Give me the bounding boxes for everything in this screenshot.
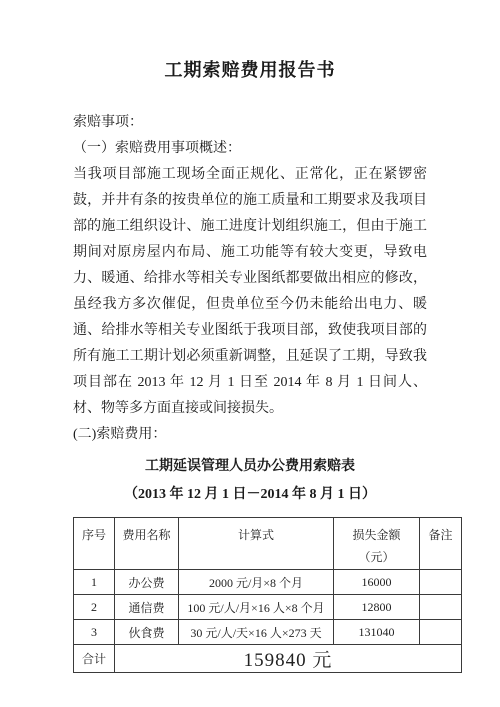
- cell-name: 伙食费: [115, 620, 179, 645]
- table-row: 1 办公费 2000 元/月×8 个月 16000: [74, 570, 462, 595]
- cell-name: 办公费: [115, 570, 179, 595]
- cell-formula: 100 元/人/月×16 人×8 个月: [179, 595, 334, 620]
- cell-note: [420, 570, 462, 595]
- col-header-amount-line2: （元）: [336, 546, 417, 568]
- claims-section-label: 索赔事项：: [73, 110, 427, 136]
- col-header-formula: 计算式: [179, 518, 334, 570]
- col-header-amount: 损失金额 （元）: [334, 518, 420, 570]
- cell-amount: 131040: [334, 620, 420, 645]
- document-page: 工期索赔费用报告书 索赔事项： （一）索赔费用事项概述： 当我项目部施工现场全面…: [0, 0, 500, 707]
- cell-no: 2: [74, 595, 115, 620]
- subsection-2-heading: (二)索赔费用：: [73, 422, 427, 448]
- cell-no: 1: [74, 570, 115, 595]
- claim-cost-table: 序号 费用名称 计算式 损失金额 （元） 备注 1 办公费 2000 元/月×8…: [73, 517, 462, 673]
- cell-note: [420, 595, 462, 620]
- col-header-name: 费用名称: [115, 518, 179, 570]
- cell-amount: 16000: [334, 570, 420, 595]
- page-title: 工期索赔费用报告书: [73, 58, 427, 82]
- cell-formula: 30 元/人/天×16 人×273 天: [179, 620, 334, 645]
- table-row: 2 通信费 100 元/人/月×16 人×8 个月 12800: [74, 595, 462, 620]
- col-header-no: 序号: [74, 518, 115, 570]
- total-amount: 159840 元: [115, 645, 462, 673]
- cell-amount: 12800: [334, 595, 420, 620]
- subsection-1-heading: （一）索赔费用事项概述：: [73, 136, 427, 162]
- total-label: 合计: [74, 645, 115, 673]
- claim-table-date-range: （2013 年 12 月 1 日－2014 年 8 月 1 日）: [73, 484, 427, 506]
- col-header-amount-line1: 损失金额: [336, 524, 417, 546]
- claim-table-title: 工期延误管理人员办公费用索赔表: [73, 456, 427, 478]
- cell-no: 3: [74, 620, 115, 645]
- cell-name: 通信费: [115, 595, 179, 620]
- claim-overview-paragraph: 当我项目部施工现场全面正规化、正常化，正在紧锣密鼓，并井有条的按贵单位的施工质量…: [73, 162, 427, 422]
- cell-note: [420, 620, 462, 645]
- table-header-row: 序号 费用名称 计算式 损失金额 （元） 备注: [74, 518, 462, 570]
- table-row: 3 伙食费 30 元/人/天×16 人×273 天 131040: [74, 620, 462, 645]
- col-header-note: 备注: [420, 518, 462, 570]
- cell-formula: 2000 元/月×8 个月: [179, 570, 334, 595]
- table-total-row: 合计 159840 元: [74, 645, 462, 673]
